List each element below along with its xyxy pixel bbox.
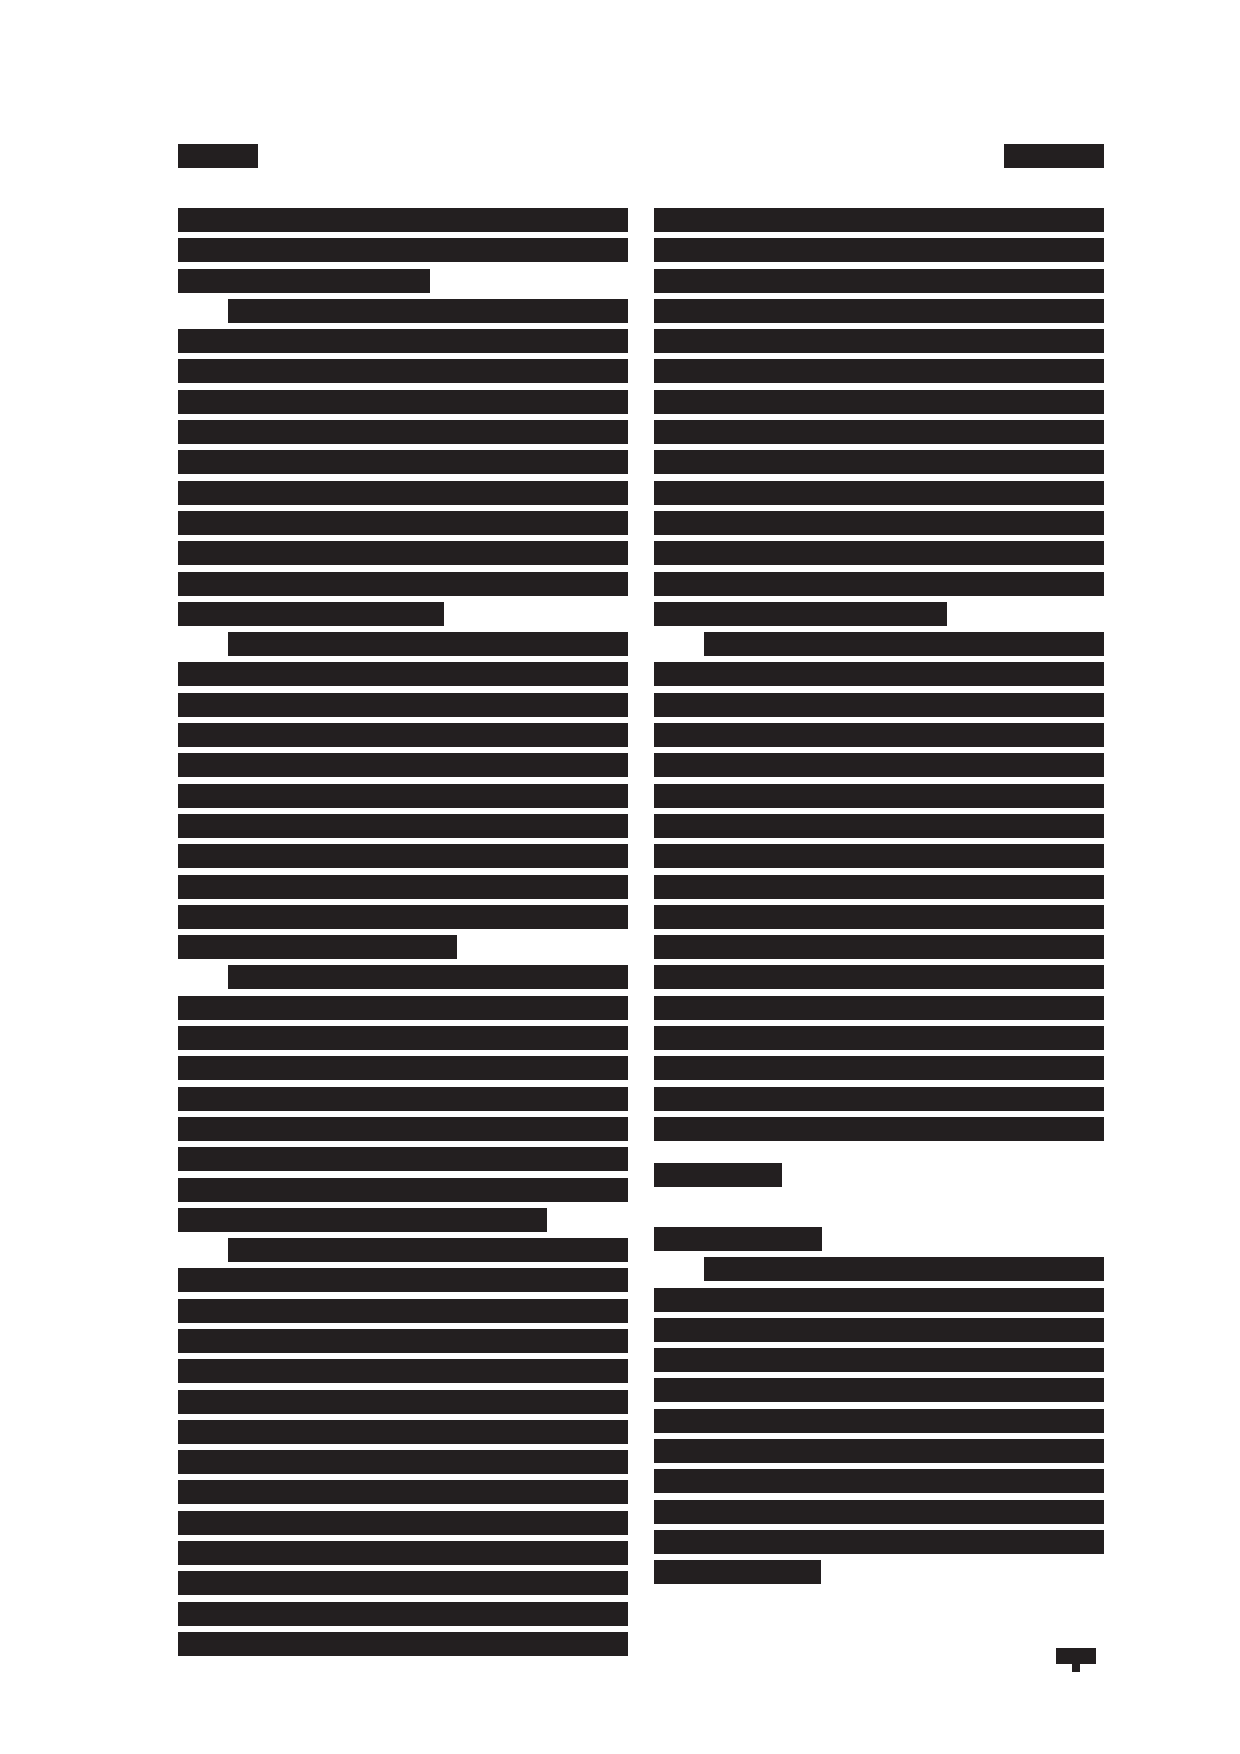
text-line xyxy=(654,1439,1104,1463)
redacted-text-bar xyxy=(654,1439,1104,1463)
text-line xyxy=(178,1329,628,1353)
subsection-heading: [redacted] xyxy=(654,1227,822,1251)
text-line xyxy=(178,1511,628,1535)
redacted-text-bar xyxy=(654,481,1104,505)
text-line xyxy=(654,208,1104,232)
text-line xyxy=(178,662,628,686)
redacted-text-bar xyxy=(178,1208,547,1232)
text-line xyxy=(178,1026,628,1050)
redacted-text-bar xyxy=(178,1056,628,1080)
text-line xyxy=(654,1500,1104,1524)
redacted-text-bar xyxy=(654,390,1104,414)
text-line xyxy=(178,1390,628,1414)
text-line xyxy=(178,1147,628,1171)
text-line xyxy=(654,299,1104,323)
text-line xyxy=(178,299,628,323)
text-line xyxy=(178,1450,628,1474)
redacted-text-bar xyxy=(228,1238,629,1262)
redacted-text-bar xyxy=(228,632,629,656)
redacted-text-bar xyxy=(178,814,628,838)
text-line xyxy=(654,905,1104,929)
text-line xyxy=(654,1087,1104,1111)
text-line xyxy=(654,935,1104,959)
text-line xyxy=(654,875,1104,899)
redacted-text-bar xyxy=(228,299,629,323)
redacted-text-bar xyxy=(654,753,1104,777)
redacted-text-bar xyxy=(178,723,628,747)
redacted-text-bar xyxy=(654,572,1104,596)
text-line xyxy=(654,632,1104,656)
text-line xyxy=(178,1238,628,1262)
text-line xyxy=(654,1348,1104,1372)
redacted-text-bar xyxy=(654,935,1104,959)
text-line xyxy=(178,390,628,414)
text-line xyxy=(654,269,1104,293)
redacted-text-bar xyxy=(178,1450,628,1474)
redacted-text-bar xyxy=(178,1511,628,1535)
text-line xyxy=(654,784,1104,808)
redacted-text-bar xyxy=(654,1530,1104,1554)
redacted-text-bar xyxy=(654,359,1104,383)
redacted-text-bar xyxy=(178,905,628,929)
text-line xyxy=(178,1359,628,1383)
section-body xyxy=(654,1257,1104,1584)
text-line xyxy=(654,1257,1104,1281)
text-line xyxy=(178,1178,628,1202)
redacted-text-bar xyxy=(178,1571,628,1595)
redacted-text-bar xyxy=(654,541,1104,565)
redacted-text-bar xyxy=(178,450,628,474)
redacted-text-bar xyxy=(654,299,1104,323)
text-line xyxy=(178,1480,628,1504)
running-header-left-text: [redacted] xyxy=(178,157,182,158)
redacted-text-bar xyxy=(654,511,1104,535)
text-line xyxy=(178,572,628,596)
redacted-text-bar xyxy=(178,390,628,414)
text-line xyxy=(178,1571,628,1595)
text-line xyxy=(654,1318,1104,1342)
redacted-text-bar xyxy=(178,1147,628,1171)
text-line xyxy=(654,450,1104,474)
text-line xyxy=(178,965,628,989)
redacted-text-bar xyxy=(654,1026,1104,1050)
redacted-text-bar xyxy=(704,632,1105,656)
redacted-text-bar xyxy=(654,844,1104,868)
redacted-text-bar xyxy=(654,420,1104,444)
text-line xyxy=(654,753,1104,777)
redacted-text-bar xyxy=(654,784,1104,808)
text-line xyxy=(178,632,628,656)
redacted-text-bar xyxy=(654,875,1104,899)
redacted-text-bar xyxy=(654,693,1104,717)
text-line xyxy=(178,1602,628,1626)
text-line xyxy=(654,1117,1104,1141)
redacted-text-bar xyxy=(178,602,444,626)
redacted-text-bar xyxy=(228,965,629,989)
text-line xyxy=(178,1117,628,1141)
redacted-text-bar xyxy=(178,662,628,686)
section-heading: [redacted] xyxy=(654,1163,782,1187)
text-line xyxy=(654,1026,1104,1050)
redacted-text-bar xyxy=(654,450,1104,474)
text-line xyxy=(654,481,1104,505)
redacted-text-bar xyxy=(178,1087,628,1111)
text-line xyxy=(178,359,628,383)
redacted-text-bar xyxy=(178,1632,628,1656)
text-line xyxy=(654,1288,1104,1312)
right-text-column: [redacted] [redacted] xyxy=(654,208,1104,1590)
redacted-text-bar xyxy=(654,269,1104,293)
redacted-text-bar xyxy=(178,996,628,1020)
text-line xyxy=(178,753,628,777)
redacted-text-bar xyxy=(654,329,1104,353)
text-line xyxy=(178,1056,628,1080)
running-header-right-text: [redacted] xyxy=(1004,157,1008,158)
text-line xyxy=(178,481,628,505)
text-line xyxy=(178,1299,628,1323)
redacted-text-bar xyxy=(654,723,1104,747)
redacted-text-bar xyxy=(654,1560,821,1584)
text-line xyxy=(178,814,628,838)
text-line xyxy=(654,996,1104,1020)
redacted-text-bar xyxy=(654,1288,1104,1312)
redacted-text-bar xyxy=(178,1602,628,1626)
text-line xyxy=(178,511,628,535)
text-line xyxy=(654,814,1104,838)
text-line xyxy=(178,1632,628,1656)
redacted-text-bar xyxy=(654,1378,1104,1402)
text-line xyxy=(654,662,1104,686)
page-number: [redacted] xyxy=(1056,1648,1096,1664)
text-line xyxy=(654,238,1104,262)
text-line xyxy=(178,1087,628,1111)
redacted-text-bar xyxy=(178,481,628,505)
redacted-text-bar xyxy=(178,1390,628,1414)
text-line xyxy=(654,511,1104,535)
text-line xyxy=(654,390,1104,414)
right-column-body xyxy=(654,208,1104,1141)
text-line xyxy=(178,1541,628,1565)
text-line xyxy=(178,905,628,929)
text-line xyxy=(178,693,628,717)
text-line xyxy=(654,329,1104,353)
text-line xyxy=(178,269,628,293)
redacted-text-bar xyxy=(654,662,1104,686)
paper-page: [redacted] [redacted] [redacted] [redact… xyxy=(0,0,1240,1754)
redacted-text-bar xyxy=(178,572,628,596)
text-line xyxy=(178,875,628,899)
redacted-text-bar xyxy=(178,875,628,899)
redacted-text-bar xyxy=(654,602,947,626)
redacted-text-bar xyxy=(178,1359,628,1383)
redacted-text-bar xyxy=(178,1420,628,1444)
running-header-left: [redacted] xyxy=(178,144,258,168)
text-line xyxy=(654,965,1104,989)
text-line xyxy=(178,329,628,353)
redacted-text-bar xyxy=(654,996,1104,1020)
redacted-text-bar xyxy=(178,329,628,353)
redacted-text-bar xyxy=(178,541,628,565)
text-line xyxy=(654,1469,1104,1493)
redacted-text-bar xyxy=(178,420,628,444)
redacted-text-bar xyxy=(654,1348,1104,1372)
text-line xyxy=(178,1420,628,1444)
subsection-heading-text: [redacted] xyxy=(654,1240,658,1241)
text-line xyxy=(178,1268,628,1292)
redacted-text-bar xyxy=(654,1318,1104,1342)
text-line xyxy=(654,1560,1104,1584)
text-line xyxy=(654,1409,1104,1433)
redacted-text-bar xyxy=(654,238,1104,262)
redacted-text-bar xyxy=(178,935,457,959)
running-header-right: [redacted] xyxy=(1004,144,1104,168)
redacted-text-bar xyxy=(178,1329,628,1353)
text-line xyxy=(654,1056,1104,1080)
redacted-text-bar xyxy=(178,844,628,868)
text-line xyxy=(178,420,628,444)
redacted-text-bar xyxy=(178,1541,628,1565)
text-line xyxy=(178,935,628,959)
redacted-text-bar xyxy=(654,1117,1104,1141)
redacted-text-bar xyxy=(178,1178,628,1202)
text-line xyxy=(654,1378,1104,1402)
text-line xyxy=(178,238,628,262)
text-line xyxy=(654,723,1104,747)
text-line xyxy=(178,450,628,474)
left-text-column xyxy=(178,208,628,1662)
redacted-text-bar xyxy=(178,511,628,535)
redacted-text-bar xyxy=(654,814,1104,838)
redacted-text-bar xyxy=(178,238,628,262)
redacted-text-bar xyxy=(654,208,1104,232)
redacted-text-bar xyxy=(178,1026,628,1050)
redacted-text-bar xyxy=(654,1087,1104,1111)
redacted-text-bar xyxy=(178,753,628,777)
redacted-text-bar xyxy=(178,269,430,293)
redacted-text-bar xyxy=(654,1056,1104,1080)
text-line xyxy=(654,359,1104,383)
text-line xyxy=(178,1208,628,1232)
section-heading-text: [redacted] xyxy=(654,1176,658,1177)
text-line xyxy=(178,844,628,868)
text-line xyxy=(178,208,628,232)
redacted-text-bar xyxy=(178,1117,628,1141)
redacted-text-bar xyxy=(654,905,1104,929)
text-line xyxy=(178,996,628,1020)
text-line xyxy=(654,420,1104,444)
text-line xyxy=(654,602,1104,626)
text-line xyxy=(654,844,1104,868)
redacted-text-bar xyxy=(178,1480,628,1504)
redacted-text-bar xyxy=(654,1500,1104,1524)
redacted-text-bar xyxy=(178,208,628,232)
redacted-text-bar xyxy=(654,1409,1104,1433)
redacted-text-bar xyxy=(654,965,1104,989)
text-line xyxy=(178,784,628,808)
text-line xyxy=(654,572,1104,596)
text-line xyxy=(178,723,628,747)
text-line xyxy=(654,541,1104,565)
redacted-text-bar xyxy=(178,1299,628,1323)
redacted-text-bar xyxy=(178,693,628,717)
redacted-text-bar xyxy=(704,1257,1105,1281)
redacted-text-bar xyxy=(654,1469,1104,1493)
text-line xyxy=(178,602,628,626)
redacted-text-bar xyxy=(178,1268,628,1292)
redacted-text-bar xyxy=(178,784,628,808)
redacted-text-bar xyxy=(178,359,628,383)
text-line xyxy=(654,693,1104,717)
page-number-text: [redacted] xyxy=(1056,1661,1060,1662)
text-line xyxy=(178,541,628,565)
text-line xyxy=(654,1530,1104,1554)
